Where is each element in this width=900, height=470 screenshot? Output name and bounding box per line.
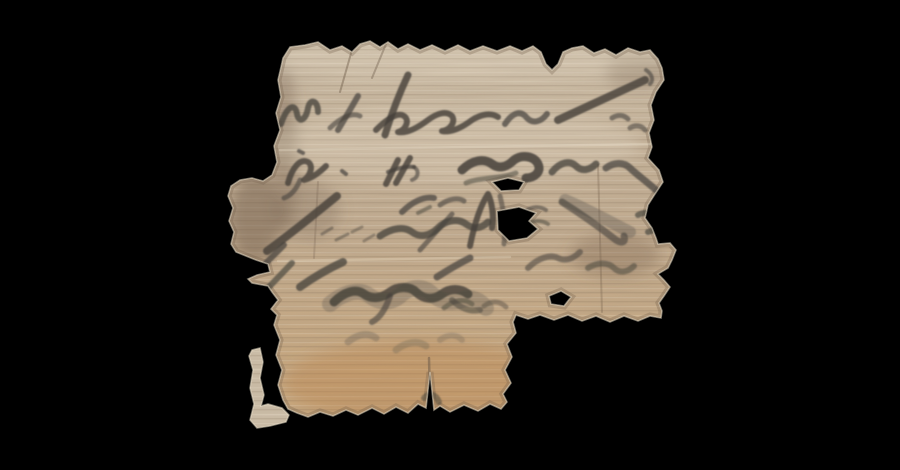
ink-dot	[299, 151, 303, 153]
ink-dot	[342, 171, 346, 174]
papyrus-photograph: Photograph of a torn ancient papyrus fra…	[0, 0, 900, 470]
papyrus-photo-canvas	[0, 0, 900, 470]
